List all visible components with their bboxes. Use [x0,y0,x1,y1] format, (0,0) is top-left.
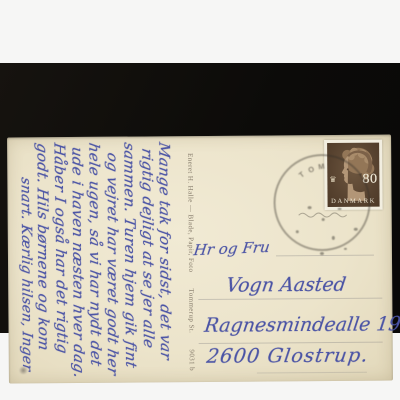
script-line: hele ugen, så vi har nydt det [85,142,104,375]
address-block: Hr og Fru Vogn Aasted Ragnesmindealle 19… [7,134,391,137]
script-line: godt. Hils børnene og kom [33,142,52,375]
script-line: og vejret har været godt her [103,141,121,374]
photo-scan-page: Mange tak for sidst, det var rigtig dejl… [0,0,400,400]
handwritten-message: Mange tak for sidst, det var rigtig dejl… [12,142,174,373]
ink-speck [344,248,347,250]
ink-speck [296,230,299,233]
publisher-station: Tommerup St. [187,288,195,333]
ink-speck [308,206,312,209]
ink-speck [322,218,325,221]
publisher-number: 9031 b [188,349,196,371]
address-rule [257,372,367,374]
postmark-letter: O [307,164,316,175]
ink-speck [320,252,324,255]
address-salutation: Hr og Fru [193,238,271,259]
postmark-letter: T [297,170,306,180]
paper-blemish [19,366,28,374]
publisher-imprint: Eneret H. Halle — Blade, Papir, Foto Tom… [184,153,198,371]
address-city: 2600 Glostrup. [205,344,370,368]
photo-black-background: Mange tak for sidst, det var rigtig dejl… [0,63,400,333]
postcard-back: Mange tak for sidst, det var rigtig dejl… [7,134,393,383]
address-street: Ragnesmindealle 19. [203,313,400,337]
ink-speck [354,228,358,231]
script-line: snart. Kærlig hilsen, Inger [15,142,34,375]
address-rule [276,255,374,257]
postmark-ring: T O M [273,154,371,252]
address-rule [198,298,382,300]
postmark-letter: M [318,162,326,172]
ink-speck [338,208,342,210]
script-line: rigtig dejligt at se jer alle [137,141,156,374]
ink-speck [332,236,335,240]
script-line: sammen. Turen hjem gik fint [120,141,139,374]
address-name: Vogn Aasted [225,274,348,297]
